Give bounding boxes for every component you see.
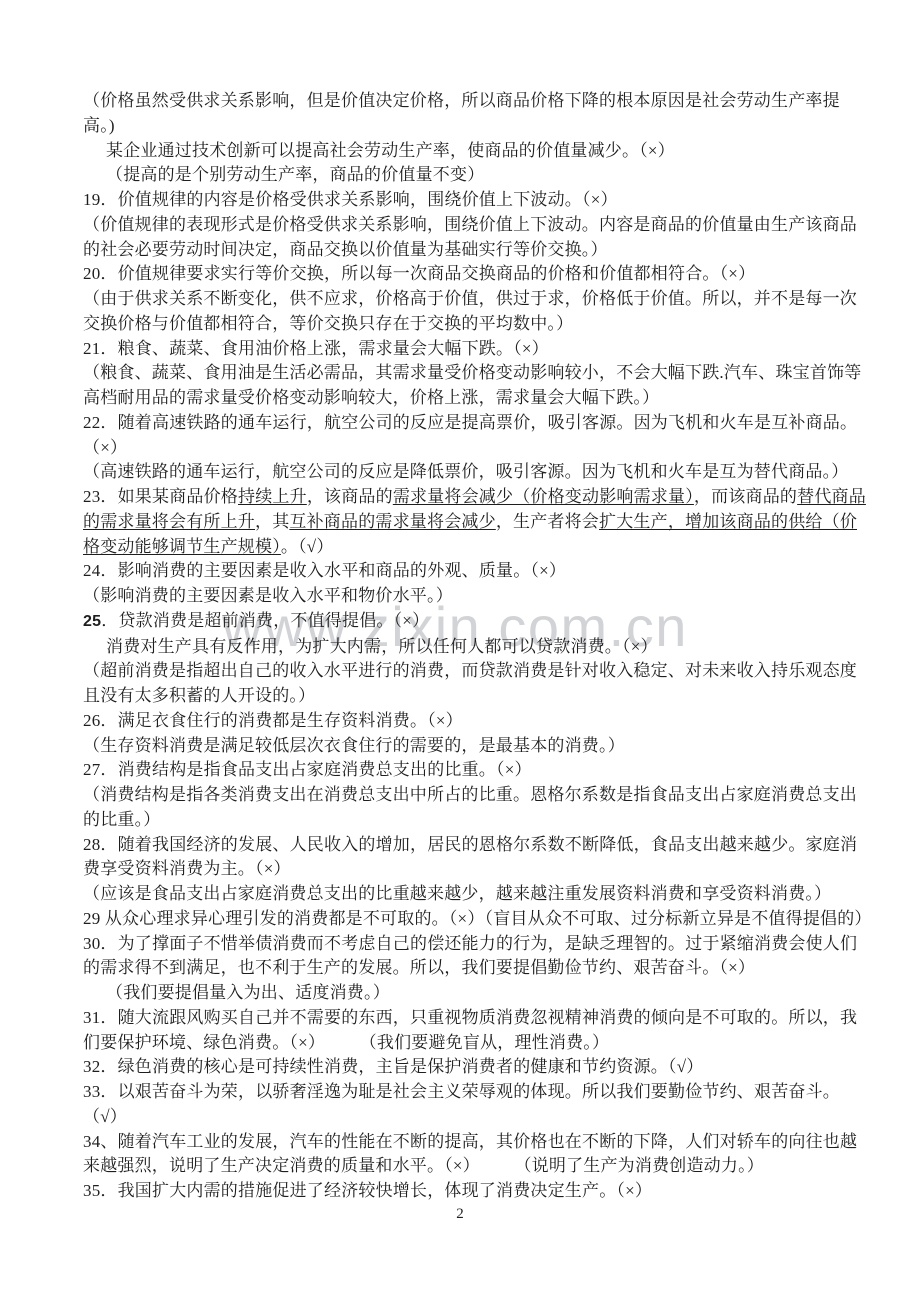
text-run: 20．价值规律要求实行等价交换，所以每一次商品交换商品的价格和价值都相符合。（×… [83, 264, 755, 283]
text-run: 31．随大流跟风购买自己并不需要的东西，只重视物质消费忽视精神消费的倾向是不可取… [83, 1008, 857, 1027]
text-line: （价值规律的表现形式是价格受供求关系影响，围绕价值上下波动。内容是商品的价值量由… [83, 213, 883, 238]
text-line: 消费对生产具有反作用，为扩大内需，所以任何人都可以贷款消费。（×） [83, 635, 883, 660]
text-line: （√） [83, 1105, 883, 1130]
text-run: （应该是食品支出占家庭消费总支出的比重越来越少，越来越注重发展资料消费和享受资料… [83, 884, 831, 903]
document-page: www.zixin.com.cn （价格虽然受供求关系影响，但是价值决定价格，所… [0, 0, 920, 1302]
text-line: 的比重。） [83, 808, 883, 833]
text-run: 32．绿色消费的核心是可持续性消费，主旨是保护消费者的健康和节约资源。（√） [83, 1057, 703, 1076]
text-line: 30．为了撑面子不惜举债消费而不考虑自己的偿还能力的行为，是缺乏理智的。过于紧缩… [83, 932, 883, 957]
text-run: 高。) [83, 116, 115, 135]
text-line: （我们要提倡量入为出、适度消费。） [83, 981, 883, 1006]
text-line: （应该是食品支出占家庭消费总支出的比重越来越少，越来越注重发展资料消费和享受资料… [83, 882, 883, 907]
text-run: 26．满足衣食住行的消费都是生存资料消费。（×） [83, 711, 463, 730]
text-line: 32．绿色消费的核心是可持续性消费，主旨是保护消费者的健康和节约资源。（√） [83, 1055, 883, 1080]
text-line: 的需求得不到满足，也不利于生产的发展。所以，我们要提倡勤俭节约、艰苦奋斗。（×） [83, 956, 883, 981]
text-line: 34、随着汽车工业的发展，汽车的性能在不断的提高，其价格也在不断的下降，人们对轿… [83, 1130, 883, 1155]
underlined-text: 格变动能够调节生产规模） [83, 537, 281, 556]
text-line: 来越强烈，说明了生产决定消费的质量和水平。（×） （说明了生产为消费创造动力。） [83, 1154, 883, 1179]
text-run: 30．为了撑面子不惜举债消费而不考虑自己的偿还能力的行为，是缺乏理智的。过于紧缩… [83, 934, 857, 953]
text-run: 21．粮食、蔬菜、食用油价格上涨，需求量会大幅下跌。（×） [83, 339, 549, 358]
text-run: 33．以艰苦奋斗为荣，以骄奢淫逸为耻是社会主义荣辱观的体现。所以我们要勤俭节约、… [83, 1082, 840, 1101]
text-run: ．贷款消费是超前消费，不值得提倡。（×） [101, 611, 429, 630]
text-line: （粮食、蔬菜、食用油是生活必需品，其需求量受价格变动影响较小，不会大幅下跌.汽车… [83, 361, 883, 386]
text-line: 某企业通过技术创新可以提高社会劳动生产率，使商品的价值量减少。（×） [83, 139, 883, 164]
text-run: ，生产者将会 [496, 512, 599, 531]
text-line: 20．价值规律要求实行等价交换，所以每一次商品交换商品的价格和价值都相符合。（×… [83, 262, 883, 287]
text-run: ，该商品的 [307, 487, 393, 506]
text-line: 高档耐用品的需求量受价格变动影响较大，价格上涨，需求量会大幅下跌。） [83, 386, 883, 411]
text-line: 们要保护环境、绿色消费。（×） （我们要避免盲从，理性消费。） [83, 1031, 883, 1056]
text-line: 26．满足衣食住行的消费都是生存资料消费。（×） [83, 709, 883, 734]
text-run: 。（√） [281, 537, 334, 556]
text-line: 19．价值规律的内容是价格受供求关系影响，围绕价值上下波动。（×） [83, 188, 883, 213]
text-line: （消费结构是指各类消费支出在消费总支出中所占的比重。恩格尔系数是指食品支出占家庭… [83, 783, 883, 808]
text-run: （高速铁路的通车运行，航空公司的反应是降低票价，吸引客源。因为飞机和火车是互为替… [83, 462, 849, 481]
text-run: 的社会必要劳动时间决定，商品交换以价值量为基础实行等价交换。） [83, 240, 608, 259]
text-line: 的社会必要劳动时间决定，商品交换以价值量为基础实行等价交换。） [83, 238, 883, 263]
text-line: （生存资料消费是满足较低层次衣食住行的需要的，是最基本的消费。） [83, 734, 883, 759]
underlined-text: 持续上升 [238, 487, 307, 506]
text-line: （超前消费是指超出自己的收入水平进行的消费，而贷款消费是针对收入稳定、对未来收入… [83, 659, 883, 684]
document-content: （价格虽然受供求关系影响，但是价值决定价格，所以商品价格下降的根本原因是社会劳动… [83, 89, 883, 1204]
text-line: 28．随着我国经济的发展、人民收入的增加，居民的恩格尔系数不断降低，食品支出越来… [83, 833, 883, 858]
text-run: 的需求得不到满足，也不利于生产的发展。所以，我们要提倡勤俭节约、艰苦奋斗。（×） [83, 958, 755, 977]
text-line: （由于供求关系不断变化，供不应求，价格高于价值，供过于求，价格低于价值。所以，并… [83, 287, 883, 312]
underlined-text: 需求量将会减少（价格变动影响需求量） [393, 487, 694, 506]
text-line: （影响消费的主要因素是收入水平和物价水平。） [83, 584, 883, 609]
underlined-text: 替代商品 [797, 487, 866, 506]
text-run: 27．消费结构是指食品支出占家庭消费总支出的比重。（×） [83, 760, 532, 779]
text-run: 19．价值规律的内容是价格受供求关系影响，围绕价值上下波动。（×） [83, 190, 618, 209]
text-line: 33．以艰苦奋斗为荣，以骄奢淫逸为耻是社会主义荣辱观的体现。所以我们要勤俭节约、… [83, 1080, 883, 1105]
text-run: （价格虽然受供求关系影响，但是价值决定价格，所以商品价格下降的根本原因是社会劳动… [83, 91, 840, 110]
text-line: 21．粮食、蔬菜、食用油价格上涨，需求量会大幅下跌。（×） [83, 337, 883, 362]
text-run: 34、随着汽车工业的发展，汽车的性能在不断的提高，其价格也在不断的下降，人们对轿… [83, 1132, 857, 1151]
text-run: 23．如果某商品价格 [83, 487, 238, 506]
text-line: 格变动能够调节生产规模）。（√） [83, 535, 883, 560]
text-run: ，而该商品的 [694, 487, 797, 506]
text-run: 高档耐用品的需求量受价格变动影响较大，价格上涨，需求量会大幅下跌。） [83, 388, 659, 407]
text-run: 消费对生产具有反作用，为扩大内需，所以任何人都可以贷款消费。（×） [106, 637, 658, 656]
text-line: 35．我国扩大内需的措施促进了经济较快增长，体现了消费决定生产。（×） [83, 1179, 883, 1204]
text-line: 的需求量将会有所上升，其互补商品的需求量将会减少，生产者将会扩大生产，增加该商品… [83, 510, 883, 535]
text-line: 24．影响消费的主要因素是收入水平和商品的外观、质量。（×） [83, 559, 883, 584]
text-run: （生存资料消费是满足较低层次衣食住行的需要的，是最基本的消费。） [83, 736, 625, 755]
text-run: 某企业通过技术创新可以提高社会劳动生产率，使商品的价值量减少。（×） [106, 141, 675, 160]
text-line: 31．随大流跟风购买自己并不需要的东西，只重视物质消费忽视精神消费的倾向是不可取… [83, 1006, 883, 1031]
text-run: 22．随着高速铁路的通车运行，航空公司的反应是提高票价，吸引客源。因为飞机和火车… [83, 413, 857, 432]
text-line: （高速铁路的通车运行，航空公司的反应是降低票价，吸引客源。因为飞机和火车是互为替… [83, 460, 883, 485]
text-run: 们要保护环境、绿色消费。（×） （我们要避免盲从，理性消费。） [83, 1033, 609, 1052]
text-line: 交换价格与价值都相符合，等价交换只存在于交换的平均数中。） [83, 312, 883, 337]
text-run: 25 [83, 613, 101, 630]
text-line: （×） [83, 436, 883, 461]
text-line: （价格虽然受供求关系影响，但是价值决定价格，所以商品价格下降的根本原因是社会劳动… [83, 89, 883, 114]
text-run: （×） [83, 438, 127, 457]
text-run: 29 从众心理求异心理引发的消费都是不可取的。（×）（盲目从众不可取、过分标新立… [83, 909, 872, 928]
text-run: 交换价格与价值都相符合，等价交换只存在于交换的平均数中。） [83, 314, 573, 333]
text-run: 且没有太多积蓄的人开设的。） [83, 686, 315, 705]
text-run: （我们要提倡量入为出、适度消费。） [106, 983, 390, 1002]
underlined-text: 的需求量将会有所上升 [83, 512, 255, 531]
text-run: 来越强烈，说明了生产决定消费的质量和水平。（×） （说明了生产为消费创造动力。） [83, 1156, 764, 1175]
text-line: 且没有太多积蓄的人开设的。） [83, 684, 883, 709]
text-run: （√） [83, 1107, 127, 1126]
text-line: 27．消费结构是指食品支出占家庭消费总支出的比重。（×） [83, 758, 883, 783]
text-line: 29 从众心理求异心理引发的消费都是不可取的。（×）（盲目从众不可取、过分标新立… [83, 907, 883, 932]
text-run: （粮食、蔬菜、食用油是生活必需品，其需求量受价格变动影响较小，不会大幅下跌.汽车… [83, 363, 861, 382]
text-run: 的比重。） [83, 810, 161, 829]
text-run: （提高的是个别劳动生产率，商品的价值量不变） [106, 165, 484, 184]
text-line: 23．如果某商品价格持续上升，该商品的需求量将会减少（价格变动影响需求量），而该… [83, 485, 883, 510]
text-run: 35．我国扩大内需的措施促进了经济较快增长，体现了消费决定生产。（×） [83, 1181, 652, 1200]
page-number: 2 [0, 1206, 920, 1223]
text-line: （提高的是个别劳动生产率，商品的价值量不变） [83, 163, 883, 188]
text-line: 费享受资料消费为主。（×） [83, 857, 883, 882]
underlined-text: 互补商品的需求量将会减少 [289, 512, 495, 531]
text-run: 28．随着我国经济的发展、人民收入的增加，居民的恩格尔系数不断降低，食品支出越来… [83, 835, 857, 854]
text-run: 24．影响消费的主要因素是收入水平和商品的外观、质量。（×） [83, 561, 566, 580]
text-line: 22．随着高速铁路的通车运行，航空公司的反应是提高票价，吸引客源。因为飞机和火车… [83, 411, 883, 436]
text-line: 25．贷款消费是超前消费，不值得提倡。（×） [83, 609, 883, 635]
text-run: （影响消费的主要因素是收入水平和物价水平。） [83, 586, 453, 605]
text-run: 费享受资料消费为主。（×） [83, 859, 291, 878]
text-run: （由于供求关系不断变化，供不应求，价格高于价值，供过于求，价格低于价值。所以，并… [83, 289, 857, 308]
text-run: （消费结构是指各类消费支出在消费总支出中所占的比重。恩格尔系数是指食品支出占家庭… [83, 785, 857, 804]
text-run: ，其 [255, 512, 289, 531]
text-line: 高。) [83, 114, 883, 139]
text-run: （价值规律的表现形式是价格受供求关系影响，围绕价值上下波动。内容是商品的价值量由… [83, 215, 857, 234]
underlined-text: 扩大生产，增加该商品的供给（价 [599, 512, 857, 531]
text-run: （超前消费是指超出自己的收入水平进行的消费，而贷款消费是针对收入稳定、对未来收入… [83, 661, 857, 680]
